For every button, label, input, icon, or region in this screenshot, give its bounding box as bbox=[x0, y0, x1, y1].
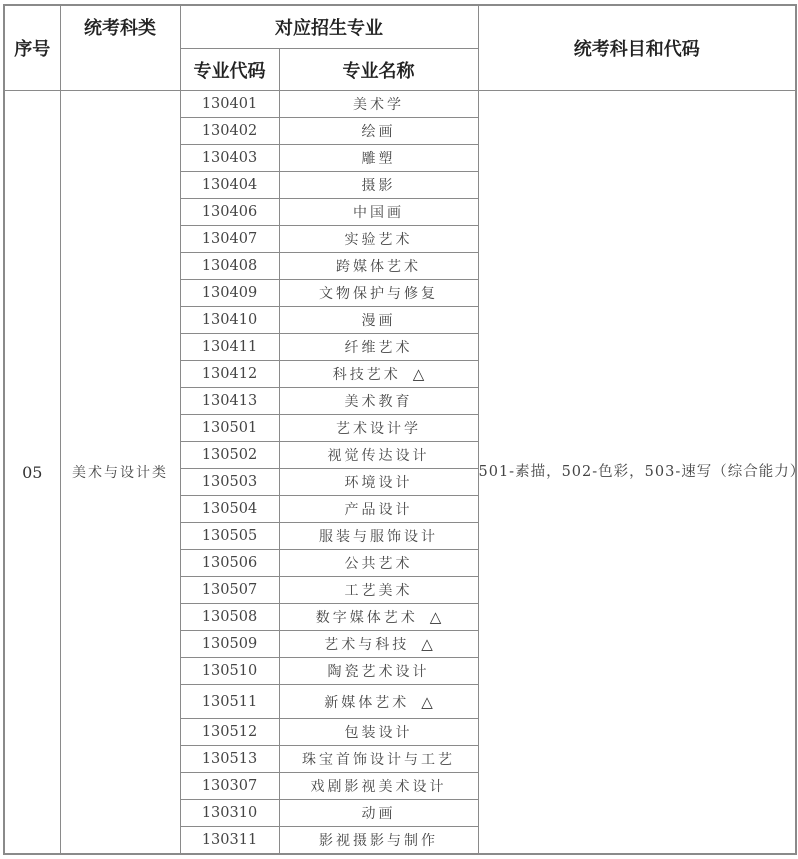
major-name-text: 漫画 bbox=[362, 313, 396, 329]
major-name-text: 艺术与科技 bbox=[324, 637, 409, 653]
triangle-marker-icon: △ bbox=[421, 635, 433, 653]
major-code-cell: 130509 bbox=[180, 631, 279, 658]
header-seq: 序号 bbox=[4, 5, 60, 91]
major-name-cell: 绘画 bbox=[279, 118, 478, 145]
major-code-cell: 130502 bbox=[180, 442, 279, 469]
header-majors-group: 对应招生专业 bbox=[180, 5, 478, 49]
major-code-cell: 130407 bbox=[180, 226, 279, 253]
major-code-cell: 130406 bbox=[180, 199, 279, 226]
major-code-cell: 130511 bbox=[180, 685, 279, 719]
table-body: 05美术与设计类130401美术学501-素描，502-色彩，503-速写（综合… bbox=[4, 91, 796, 855]
major-name-text: 数字媒体艺术 bbox=[316, 610, 418, 626]
major-name-cell: 服装与服饰设计 bbox=[279, 523, 478, 550]
major-name-text: 戏剧影视美术设计 bbox=[311, 779, 447, 795]
major-name-cell: 实验艺术 bbox=[279, 226, 478, 253]
major-name-text: 公共艺术 bbox=[345, 556, 413, 572]
header-row-1: 序号 统考科类 对应招生专业 统考科目和代码 bbox=[4, 5, 796, 49]
major-name-cell: 跨媒体艺术 bbox=[279, 253, 478, 280]
major-code-cell: 130403 bbox=[180, 145, 279, 172]
major-name-text: 中国画 bbox=[353, 205, 404, 221]
major-code-cell: 130505 bbox=[180, 523, 279, 550]
major-code-cell: 130402 bbox=[180, 118, 279, 145]
exam-subjects-cell: 501-素描，502-色彩，503-速写（综合能力） bbox=[478, 91, 796, 855]
major-name-text: 工艺美术 bbox=[345, 583, 413, 599]
triangle-marker-icon: △ bbox=[421, 693, 433, 711]
major-name-text: 珠宝首饰设计与工艺 bbox=[302, 752, 455, 768]
triangle-marker-icon: △ bbox=[413, 365, 425, 383]
major-name-text: 实验艺术 bbox=[345, 232, 413, 248]
major-name-text: 陶瓷艺术设计 bbox=[328, 664, 430, 680]
triangle-marker-icon: △ bbox=[430, 608, 442, 626]
major-name-cell: 视觉传达设计 bbox=[279, 442, 478, 469]
major-code-cell: 130508 bbox=[180, 604, 279, 631]
major-code-cell: 130512 bbox=[180, 719, 279, 746]
major-code-cell: 130501 bbox=[180, 415, 279, 442]
major-name-text: 绘画 bbox=[362, 124, 396, 140]
major-code-cell: 130513 bbox=[180, 746, 279, 773]
major-code-cell: 130410 bbox=[180, 307, 279, 334]
major-name-text: 视觉传达设计 bbox=[328, 448, 430, 464]
major-code-cell: 130504 bbox=[180, 496, 279, 523]
major-name-text: 美术教育 bbox=[345, 394, 413, 410]
major-name-cell: 公共艺术 bbox=[279, 550, 478, 577]
major-name-cell: 科技艺术△ bbox=[279, 361, 478, 388]
major-name-text: 摄影 bbox=[362, 178, 396, 194]
major-name-cell: 美术教育 bbox=[279, 388, 478, 415]
header-code: 专业代码 bbox=[180, 49, 279, 91]
major-code-cell: 130411 bbox=[180, 334, 279, 361]
major-name-cell: 漫画 bbox=[279, 307, 478, 334]
table-row: 05美术与设计类130401美术学501-素描，502-色彩，503-速写（综合… bbox=[4, 91, 796, 118]
major-name-cell: 珠宝首饰设计与工艺 bbox=[279, 746, 478, 773]
major-name-cell: 艺术与科技△ bbox=[279, 631, 478, 658]
header-name: 专业名称 bbox=[279, 49, 478, 91]
major-name-text: 产品设计 bbox=[345, 502, 413, 518]
major-code-cell: 130503 bbox=[180, 469, 279, 496]
major-name-cell: 陶瓷艺术设计 bbox=[279, 658, 478, 685]
major-name-text: 环境设计 bbox=[345, 475, 413, 491]
header-category: 统考科类 bbox=[60, 5, 180, 91]
major-name-cell: 美术学 bbox=[279, 91, 478, 118]
major-name-cell: 摄影 bbox=[279, 172, 478, 199]
major-code-cell: 130404 bbox=[180, 172, 279, 199]
major-name-cell: 艺术设计学 bbox=[279, 415, 478, 442]
major-code-cell: 130506 bbox=[180, 550, 279, 577]
major-code-cell: 130310 bbox=[180, 800, 279, 827]
major-code-cell: 130307 bbox=[180, 773, 279, 800]
major-name-text: 跨媒体艺术 bbox=[336, 259, 421, 275]
major-name-cell: 动画 bbox=[279, 800, 478, 827]
major-name-cell: 文物保护与修复 bbox=[279, 280, 478, 307]
major-name-cell: 中国画 bbox=[279, 199, 478, 226]
major-code-cell: 130413 bbox=[180, 388, 279, 415]
major-name-cell: 包装设计 bbox=[279, 719, 478, 746]
majors-table: 序号 统考科类 对应招生专业 统考科目和代码 专业代码 专业名称 05美术与设计… bbox=[3, 4, 797, 855]
major-name-text: 新媒体艺术 bbox=[324, 695, 409, 711]
major-name-cell: 雕塑 bbox=[279, 145, 478, 172]
major-code-cell: 130401 bbox=[180, 91, 279, 118]
major-name-text: 文物保护与修复 bbox=[319, 286, 438, 302]
major-name-cell: 环境设计 bbox=[279, 469, 478, 496]
major-name-text: 美术学 bbox=[353, 97, 404, 113]
major-name-text: 服装与服饰设计 bbox=[319, 529, 438, 545]
major-name-cell: 纤维艺术 bbox=[279, 334, 478, 361]
major-name-text: 科技艺术 bbox=[333, 367, 401, 383]
major-name-text: 纤维艺术 bbox=[345, 340, 413, 356]
major-name-text: 雕塑 bbox=[362, 151, 396, 167]
major-code-cell: 130311 bbox=[180, 827, 279, 855]
major-name-text: 包装设计 bbox=[345, 725, 413, 741]
major-name-text: 动画 bbox=[362, 806, 396, 822]
major-code-cell: 130412 bbox=[180, 361, 279, 388]
major-name-text: 艺术设计学 bbox=[336, 421, 421, 437]
major-code-cell: 130507 bbox=[180, 577, 279, 604]
major-code-cell: 130408 bbox=[180, 253, 279, 280]
major-name-cell: 工艺美术 bbox=[279, 577, 478, 604]
major-code-cell: 130409 bbox=[180, 280, 279, 307]
major-name-cell: 影视摄影与制作 bbox=[279, 827, 478, 855]
seq-cell: 05 bbox=[4, 91, 60, 855]
major-code-cell: 130510 bbox=[180, 658, 279, 685]
header-subjects: 统考科目和代码 bbox=[478, 5, 796, 91]
category-cell: 美术与设计类 bbox=[60, 91, 180, 855]
major-name-text: 影视摄影与制作 bbox=[319, 833, 438, 849]
major-name-cell: 产品设计 bbox=[279, 496, 478, 523]
major-name-cell: 新媒体艺术△ bbox=[279, 685, 478, 719]
major-name-cell: 数字媒体艺术△ bbox=[279, 604, 478, 631]
major-name-cell: 戏剧影视美术设计 bbox=[279, 773, 478, 800]
